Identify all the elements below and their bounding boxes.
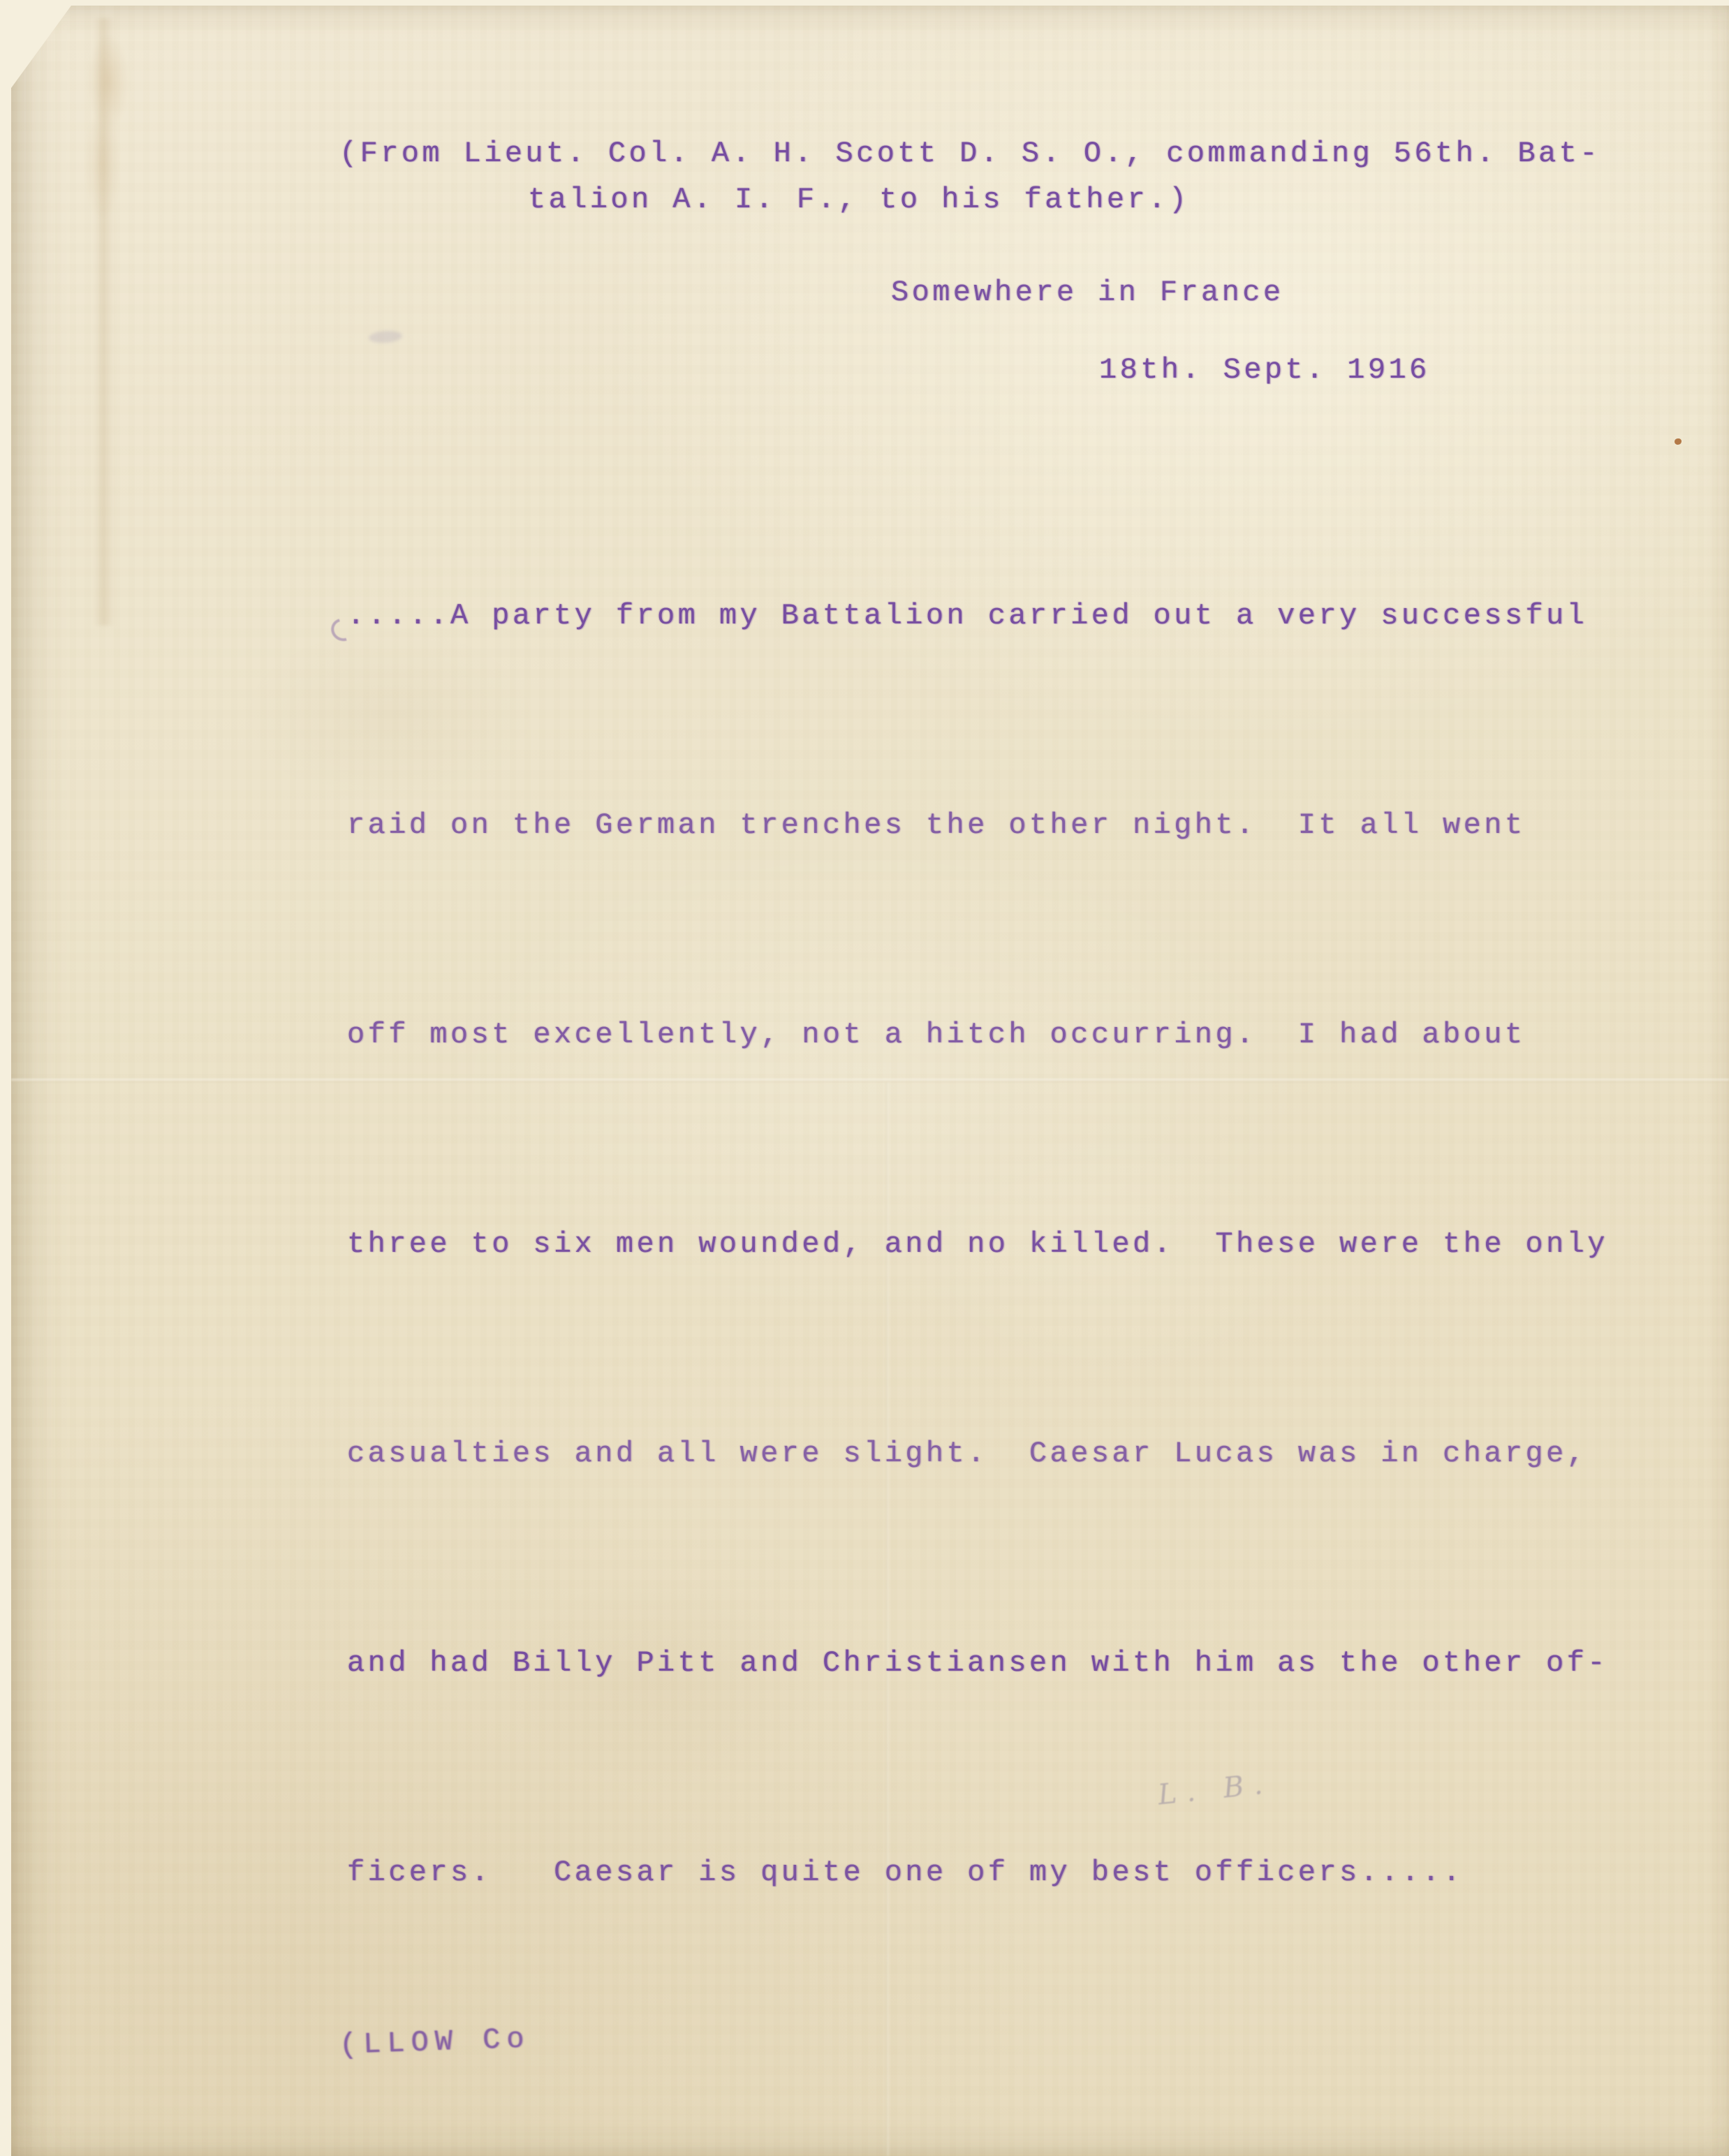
letter-place: Somewhere in France <box>891 274 1283 311</box>
paper-sheet: (From Lieut. Col. A. H. Scott D. S. O., … <box>11 6 1729 2156</box>
body-line: three to six men wounded, and no killed.… <box>347 1209 1608 1279</box>
body-line: and had Billy Pitt and Christiansen with… <box>347 1628 1608 1698</box>
scanned-letter-page: (From Lieut. Col. A. H. Scott D. S. O., … <box>0 0 1729 2156</box>
stain-top-left <box>75 36 135 218</box>
body-line: raid on the German trenches the other ni… <box>347 790 1608 860</box>
body-line: off most excellently, not a hitch occurr… <box>347 1000 1608 1070</box>
ink-speck <box>1675 438 1682 445</box>
attribution-line-1: (From Lieut. Col. A. H. Scott D. S. O., … <box>339 135 1601 172</box>
body-line: .....A party from my Battalion carried o… <box>347 581 1608 651</box>
body-line: casualties and all were slight. Caesar L… <box>347 1419 1608 1489</box>
letter-date: 18th. Sept. 1916 <box>1099 352 1430 388</box>
smudge-left-margin <box>368 330 402 344</box>
letter-body: .....A party from my Battalion carried o… <box>347 441 1608 2047</box>
body-line: ficers. Caesar is quite one of my best o… <box>347 1838 1608 1907</box>
stamp-fragment: (LLOW Co <box>339 2022 531 2062</box>
attribution-line-2: talion A. I. F., to his father.) <box>528 182 1189 218</box>
